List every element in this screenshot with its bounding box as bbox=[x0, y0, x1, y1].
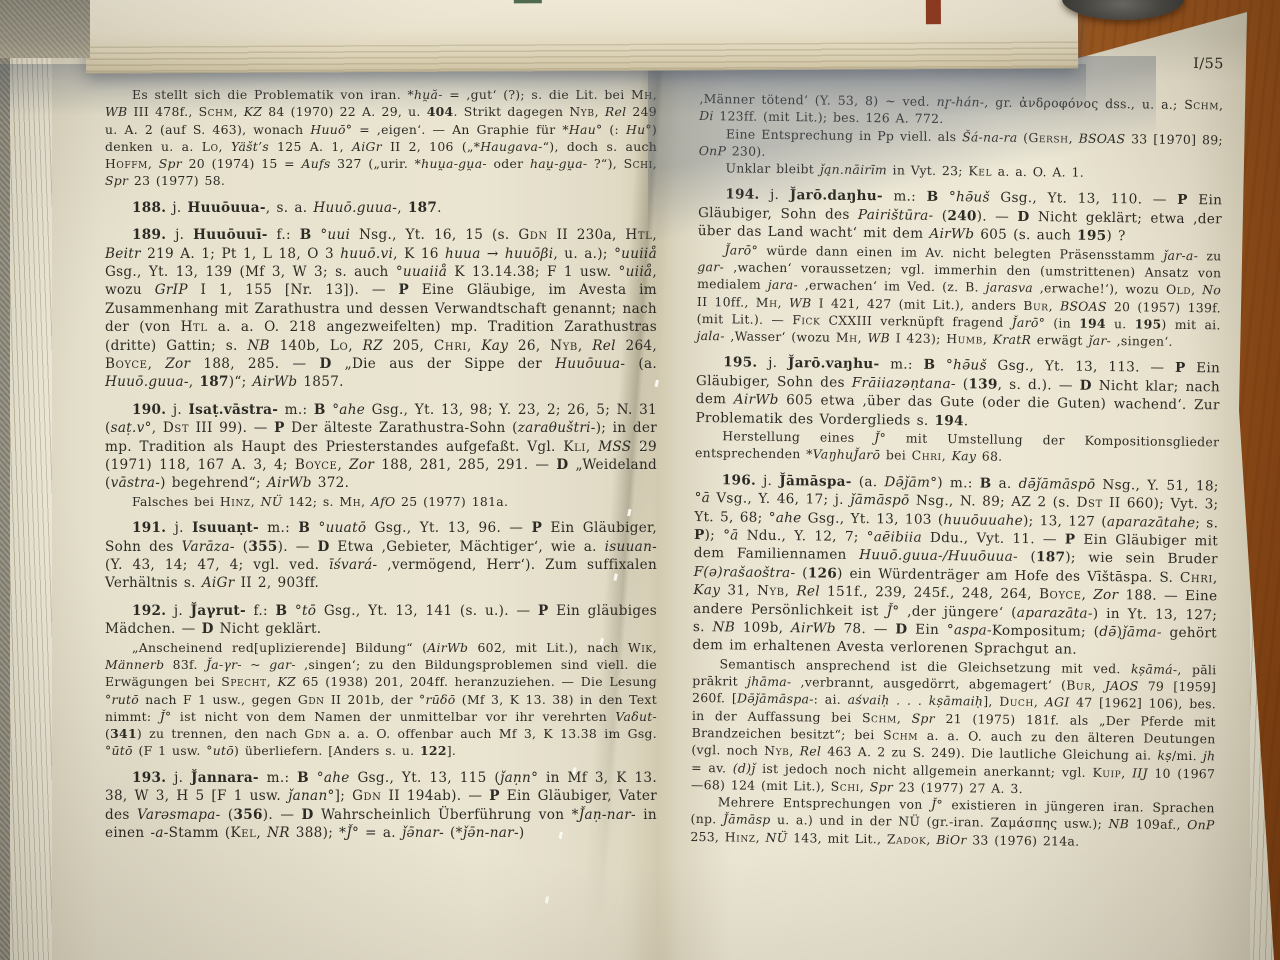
paragraph: J̌arō° würde dann einen im Av. nicht bel… bbox=[696, 241, 1221, 351]
paragraph: 193. j. J̌annara- m.: B °ahe Gsg., Yt. 1… bbox=[105, 769, 657, 843]
paragraph: Mehrere Entsprechungen von J̌° existiere… bbox=[690, 793, 1215, 851]
paragraph: 189. j. Huuōuuī- f.: B °uui Nsg., Yt. 16… bbox=[105, 226, 657, 392]
paragraph: 195. j. J̌arō.vaŋhu- m.: B °hə̄uš Gsg., … bbox=[695, 353, 1220, 433]
paragraph: Falsches bei Hinz, NÜ 142; s. Mh, AfO 25… bbox=[105, 493, 657, 510]
book-photo-scene: I/54 Huuōuua- 188.—193. Es stellt sich d… bbox=[0, 0, 1280, 960]
paragraph: 191. j. Isuuaṇt- m.: B °uuatō Gsg., Yt. … bbox=[105, 519, 657, 593]
cast-shadow-wedge bbox=[648, 56, 1156, 252]
gray-surface-top-left-corner bbox=[0, 0, 90, 58]
page-number-right: I/55 bbox=[1193, 56, 1224, 72]
paragraph: Semantisch ansprechend ist die Gleichset… bbox=[691, 655, 1217, 800]
green-bookmark-edge bbox=[514, 0, 542, 3]
left-page: I/54 Huuōuua- 188.—193. Es stellt sich d… bbox=[105, 46, 657, 842]
paragraph: Herstellung eines J̌° mit Umstellung der… bbox=[695, 427, 1219, 468]
paragraph: 196. j. J̌āmāspa- (a. Də̄ǰām°) m.: B a. … bbox=[693, 471, 1219, 661]
left-page-text: Es stellt sich die Problematik von iran.… bbox=[105, 86, 657, 842]
paragraph: 192. j. J̌aγrut- f.: B °tō Gsg., Yt. 13,… bbox=[105, 602, 657, 639]
paragraph: 190. j. Isaṭ.vāstra- m.: B °ahe Gsg., Yt… bbox=[105, 401, 657, 493]
overlapping-book-pages-edge bbox=[86, 0, 1078, 74]
paragraph: „Anscheinend red[uplizierende] Bildung“ … bbox=[105, 639, 657, 760]
paragraph: 188. j. Huuōuua-, s. a. Huuō.guua-, 187. bbox=[105, 199, 657, 217]
